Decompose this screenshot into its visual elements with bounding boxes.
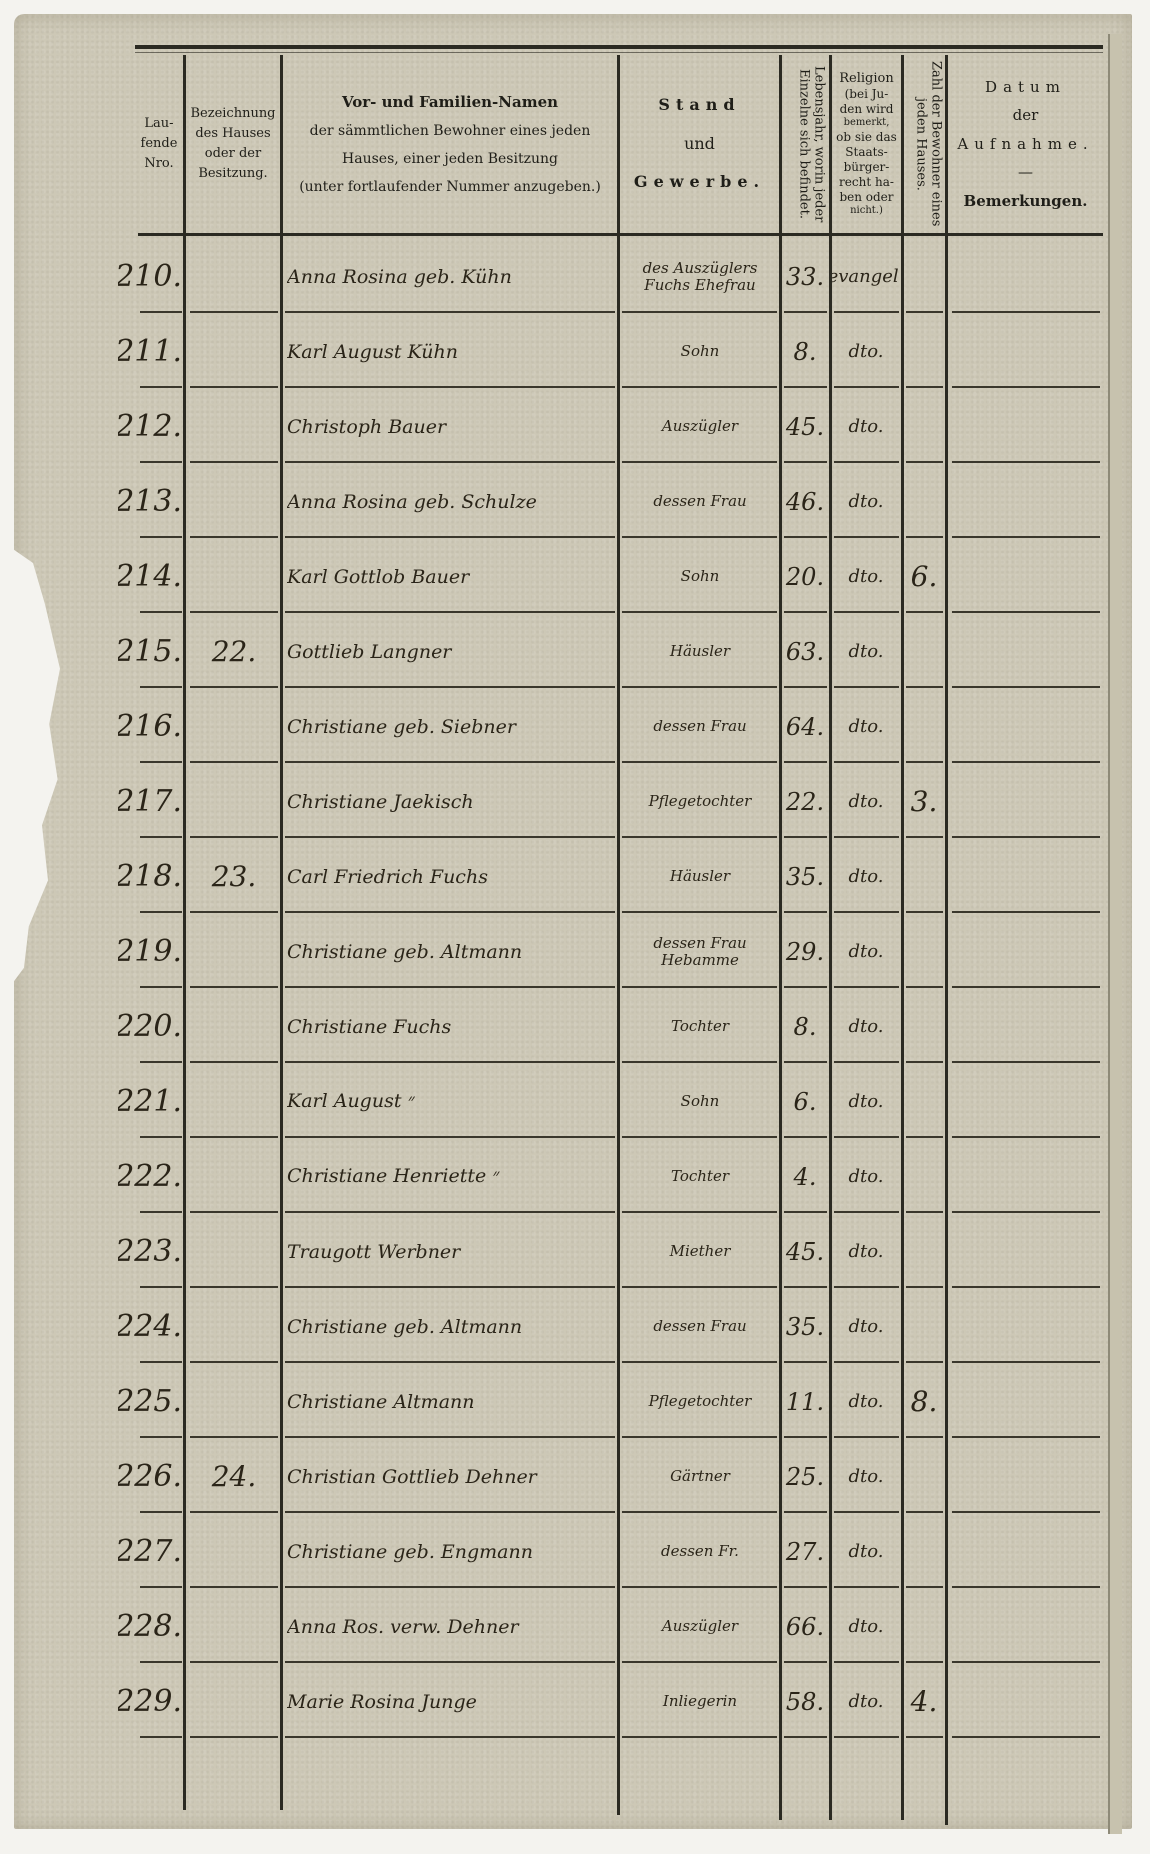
- header-title: Gewerbe.: [634, 163, 765, 201]
- header-text: Lebensjahr, worin jeder Einzelne sich be…: [786, 59, 826, 229]
- age: 25.: [782, 1445, 828, 1508]
- row-divider: [906, 1061, 943, 1063]
- header-text: fende: [141, 134, 178, 154]
- row-divider: [140, 1661, 182, 1663]
- row-divider: [952, 836, 1100, 838]
- occupation: Pflegetochter: [622, 770, 778, 833]
- occupation: dessen Frau: [622, 470, 778, 533]
- row-divider: [784, 1736, 827, 1738]
- row-divider: [834, 1436, 899, 1438]
- row-divider: [906, 1511, 943, 1513]
- row-number: 217.: [118, 770, 182, 833]
- header-text: ben oder: [836, 190, 897, 205]
- header-text: bürger-: [836, 160, 897, 175]
- household-count: [904, 920, 944, 983]
- religion: dto.: [832, 1220, 900, 1283]
- page-binding: [1108, 34, 1122, 1834]
- row-divider: [834, 1586, 899, 1588]
- age: 58.: [782, 1670, 828, 1733]
- household-count: [904, 470, 944, 533]
- row-divider: [784, 1136, 827, 1138]
- row-divider: [952, 311, 1100, 313]
- religion: dto.: [832, 1370, 900, 1433]
- row-divider: [906, 461, 943, 463]
- age: 35.: [782, 1295, 828, 1358]
- row-divider: [906, 836, 943, 838]
- row-divider: [906, 1661, 943, 1663]
- row-divider: [834, 386, 899, 388]
- row-divider: [190, 1436, 278, 1438]
- row-divider: [190, 611, 278, 613]
- row-divider: [140, 1061, 182, 1063]
- resident-name: Traugott Werbner: [287, 1220, 615, 1283]
- row-divider: [190, 1511, 278, 1513]
- row-divider: [622, 536, 777, 538]
- row-number: 225.: [118, 1370, 182, 1433]
- house-number: 24.: [190, 1445, 278, 1508]
- header-names: Vor- und Familien-Namen der sämmtlichen …: [283, 55, 617, 233]
- household-count: [904, 1445, 944, 1508]
- occupation: Häusler: [622, 845, 778, 908]
- occupation: Pflegetochter: [622, 1370, 778, 1433]
- age: 20.: [782, 545, 828, 608]
- religion: dto.: [832, 1070, 900, 1133]
- house-number: [190, 545, 278, 608]
- religion: dto.: [832, 1670, 900, 1733]
- header-date: Datum der Aufnahme. — Bemerkungen.: [948, 55, 1103, 233]
- row-divider: [285, 761, 615, 763]
- row-divider: [906, 1211, 943, 1213]
- row-divider: [285, 461, 615, 463]
- row-divider: [140, 836, 182, 838]
- row-divider: [622, 761, 777, 763]
- row-divider: [140, 536, 182, 538]
- occupation: Sohn: [622, 545, 778, 608]
- row-divider: [784, 1361, 827, 1363]
- age: 27.: [782, 1520, 828, 1583]
- occupation: Miether: [622, 1220, 778, 1283]
- row-divider: [190, 536, 278, 538]
- house-number: [190, 695, 278, 758]
- resident-name: Karl August Kühn: [287, 320, 615, 383]
- row-divider: [140, 1211, 182, 1213]
- age: 11.: [782, 1370, 828, 1433]
- row-divider: [952, 1661, 1100, 1663]
- header-text: Bezeichnung: [190, 104, 275, 124]
- resident-name: Karl August ״: [287, 1070, 615, 1133]
- row-number: 223.: [118, 1220, 182, 1283]
- row-divider: [622, 461, 777, 463]
- row-divider: [140, 686, 182, 688]
- row-divider: [952, 761, 1100, 763]
- row-divider: [834, 1661, 899, 1663]
- row-divider: [140, 986, 182, 988]
- age: 64.: [782, 695, 828, 758]
- header-text: Aufnahme.: [957, 130, 1093, 159]
- house-number: [190, 770, 278, 833]
- row-divider: [784, 386, 827, 388]
- row-divider: [784, 1586, 827, 1588]
- household-count: 6.: [904, 545, 944, 608]
- row-number: 212.: [118, 395, 182, 458]
- row-number: 224.: [118, 1295, 182, 1358]
- header-text: (unter fortlaufender Nummer anzugeben.): [299, 173, 601, 201]
- row-divider: [906, 1286, 943, 1288]
- row-divider: [952, 1136, 1100, 1138]
- row-divider: [190, 986, 278, 988]
- row-divider: [140, 1286, 182, 1288]
- house-number: [190, 1220, 278, 1283]
- house-number: [190, 1070, 278, 1133]
- row-divider: [140, 461, 182, 463]
- row-divider: [622, 386, 777, 388]
- house-number: [190, 320, 278, 383]
- row-divider: [834, 611, 899, 613]
- header-count: Zahl der Bewohner eines jeden Hauses.: [904, 55, 945, 233]
- religion: dto.: [832, 995, 900, 1058]
- row-divider: [784, 311, 827, 313]
- religion: dto.: [832, 1295, 900, 1358]
- row-divider: [952, 1211, 1100, 1213]
- row-divider: [140, 611, 182, 613]
- row-divider: [190, 761, 278, 763]
- resident-name: Gottlieb Langner: [287, 620, 615, 683]
- row-number: 210.: [118, 245, 182, 308]
- row-divider: [285, 311, 615, 313]
- household-count: [904, 320, 944, 383]
- religion: dto.: [832, 620, 900, 683]
- row-divider: [285, 1586, 615, 1588]
- header-text: des Hauses: [190, 124, 275, 144]
- house-number: [190, 995, 278, 1058]
- age: 4.: [782, 1145, 828, 1208]
- age: 8.: [782, 995, 828, 1058]
- row-divider: [285, 386, 615, 388]
- row-divider: [622, 1661, 777, 1663]
- header-text: Besitzung.: [190, 164, 275, 184]
- header-text: Religion: [836, 71, 897, 87]
- row-divider: [784, 986, 827, 988]
- row-number: 227.: [118, 1520, 182, 1583]
- religion: evangel.: [832, 245, 900, 308]
- row-divider: [784, 1436, 827, 1438]
- header-divider: —: [957, 158, 1093, 187]
- row-divider: [622, 911, 777, 913]
- occupation: Sohn: [622, 1070, 778, 1133]
- age: 29.: [782, 920, 828, 983]
- occupation: des Auszüglers Fuchs Ehefrau: [622, 245, 778, 308]
- row-divider: [285, 1361, 615, 1363]
- household-count: 8.: [904, 1370, 944, 1433]
- row-divider: [622, 836, 777, 838]
- row-divider: [622, 1361, 777, 1363]
- age: 45.: [782, 1220, 828, 1283]
- resident-name: Carl Friedrich Fuchs: [287, 845, 615, 908]
- resident-name: Christian Gottlieb Dehner: [287, 1445, 615, 1508]
- row-divider: [784, 761, 827, 763]
- header-text: recht ha-: [836, 175, 897, 190]
- row-divider: [784, 686, 827, 688]
- household-count: [904, 620, 944, 683]
- house-number: [190, 1670, 278, 1733]
- row-divider: [622, 1061, 777, 1063]
- row-divider: [285, 1511, 615, 1513]
- religion: dto.: [832, 1145, 900, 1208]
- row-divider: [952, 1736, 1100, 1738]
- house-number: [190, 1520, 278, 1583]
- occupation: Inliegerin: [622, 1670, 778, 1733]
- header-title: Vor- und Familien-Namen: [299, 87, 601, 117]
- row-divider: [140, 1586, 182, 1588]
- house-number: [190, 1145, 278, 1208]
- row-divider: [834, 1511, 899, 1513]
- row-divider: [190, 461, 278, 463]
- header-text: bemerkt,: [836, 117, 897, 130]
- row-divider: [834, 461, 899, 463]
- header-text: und: [634, 125, 765, 163]
- row-divider: [784, 1661, 827, 1663]
- row-divider: [190, 1061, 278, 1063]
- row-divider: [834, 1136, 899, 1138]
- header-text: Datum: [957, 73, 1093, 102]
- row-divider: [784, 611, 827, 613]
- row-divider: [906, 611, 943, 613]
- row-divider: [906, 986, 943, 988]
- col-rule-2: [280, 55, 283, 1810]
- occupation: Gärtner: [622, 1445, 778, 1508]
- row-divider: [190, 686, 278, 688]
- header-text: Hauses, einer jeden Besitzung: [299, 145, 601, 173]
- header-text: (bei Ju-: [836, 87, 897, 102]
- row-divider: [140, 1136, 182, 1138]
- row-number: 228.: [118, 1595, 182, 1658]
- occupation: Tochter: [622, 1145, 778, 1208]
- household-count: [904, 1220, 944, 1283]
- row-divider: [952, 911, 1100, 913]
- row-divider: [784, 461, 827, 463]
- row-divider: [140, 311, 182, 313]
- row-divider: [140, 1736, 182, 1738]
- age: 6.: [782, 1070, 828, 1133]
- household-count: [904, 695, 944, 758]
- row-divider: [834, 761, 899, 763]
- row-divider: [906, 386, 943, 388]
- header-text: ob sie das: [836, 130, 897, 145]
- row-divider: [906, 1736, 943, 1738]
- occupation: Auszügler: [622, 1595, 778, 1658]
- household-count: [904, 1595, 944, 1658]
- row-divider: [285, 1061, 615, 1063]
- age: 8.: [782, 320, 828, 383]
- row-divider: [952, 386, 1100, 388]
- header-text: den wird: [836, 102, 897, 117]
- row-divider: [784, 1286, 827, 1288]
- row-divider: [834, 1211, 899, 1213]
- row-divider: [906, 1361, 943, 1363]
- row-divider: [906, 761, 943, 763]
- row-number: 222.: [118, 1145, 182, 1208]
- house-number: 23.: [190, 845, 278, 908]
- row-divider: [622, 1586, 777, 1588]
- row-divider: [285, 1136, 615, 1138]
- top-thin-rule: [135, 52, 1103, 53]
- resident-name: Anna Rosina geb. Schulze: [287, 470, 615, 533]
- house-number: [190, 245, 278, 308]
- row-divider: [784, 836, 827, 838]
- header-text: Zahl der Bewohner eines jeden Hauses.: [907, 59, 943, 229]
- age: 33.: [782, 245, 828, 308]
- row-divider: [190, 1211, 278, 1213]
- row-divider: [622, 986, 777, 988]
- age: 45.: [782, 395, 828, 458]
- header-stand: Stand und Gewerbe.: [620, 55, 779, 233]
- row-divider: [622, 1286, 777, 1288]
- house-number: [190, 395, 278, 458]
- header-text: Nro.: [141, 154, 178, 174]
- house-number: [190, 1370, 278, 1433]
- household-count: [904, 1145, 944, 1208]
- row-divider: [285, 1661, 615, 1663]
- header-text: der sämmtlichen Bewohner eines jeden: [299, 117, 601, 145]
- col-rule-3: [617, 55, 620, 1815]
- row-divider: [190, 1136, 278, 1138]
- header-laufende-nr: Lau- fende Nro.: [135, 55, 183, 233]
- row-divider: [285, 1286, 615, 1288]
- header-title: Bemerkungen.: [957, 187, 1093, 216]
- col-rule-1: [183, 55, 186, 1810]
- row-divider: [834, 536, 899, 538]
- row-divider: [834, 836, 899, 838]
- header-religion: Religion (bei Ju- den wird bemerkt, ob s…: [832, 55, 901, 233]
- row-number: 229.: [118, 1670, 182, 1733]
- row-number: 214.: [118, 545, 182, 608]
- row-divider: [622, 686, 777, 688]
- row-divider: [834, 1286, 899, 1288]
- row-divider: [906, 911, 943, 913]
- top-thick-rule: [135, 45, 1103, 49]
- row-divider: [834, 311, 899, 313]
- header-text: Lau-: [141, 114, 178, 134]
- row-divider: [834, 911, 899, 913]
- row-divider: [834, 1061, 899, 1063]
- religion: dto.: [832, 545, 900, 608]
- row-divider: [784, 1061, 827, 1063]
- row-divider: [285, 686, 615, 688]
- row-divider: [952, 986, 1100, 988]
- header-house: Bezeichnung des Hauses oder der Besitzun…: [186, 55, 280, 233]
- row-number: 216.: [118, 695, 182, 758]
- religion: dto.: [832, 845, 900, 908]
- row-divider: [952, 1586, 1100, 1588]
- age: 35.: [782, 845, 828, 908]
- resident-name: Christiane Altmann: [287, 1370, 615, 1433]
- religion: dto.: [832, 320, 900, 383]
- age: 66.: [782, 1595, 828, 1658]
- row-number: 213.: [118, 470, 182, 533]
- row-divider: [190, 1661, 278, 1663]
- row-divider: [906, 686, 943, 688]
- religion: dto.: [832, 395, 900, 458]
- row-number: 211.: [118, 320, 182, 383]
- resident-name: Anna Rosina geb. Kühn: [287, 245, 615, 308]
- resident-name: Karl Gottlob Bauer: [287, 545, 615, 608]
- resident-name: Christiane geb. Altmann: [287, 1295, 615, 1358]
- religion: dto.: [832, 695, 900, 758]
- row-divider: [190, 1736, 278, 1738]
- row-divider: [285, 1736, 615, 1738]
- row-divider: [906, 1586, 943, 1588]
- row-number: 219.: [118, 920, 182, 983]
- row-divider: [834, 686, 899, 688]
- row-divider: [834, 1361, 899, 1363]
- occupation: Tochter: [622, 995, 778, 1058]
- row-divider: [952, 1061, 1100, 1063]
- row-divider: [190, 386, 278, 388]
- house-number: [190, 1295, 278, 1358]
- row-number: 226.: [118, 1445, 182, 1508]
- religion: dto.: [832, 470, 900, 533]
- header-text: der: [957, 101, 1093, 130]
- household-count: 3.: [904, 770, 944, 833]
- household-count: [904, 245, 944, 308]
- row-divider: [190, 311, 278, 313]
- resident-name: Christiane geb. Engmann: [287, 1520, 615, 1583]
- resident-name: Christoph Bauer: [287, 395, 615, 458]
- house-number: 22.: [190, 620, 278, 683]
- row-divider: [906, 311, 943, 313]
- row-number: 221.: [118, 1070, 182, 1133]
- row-divider: [906, 536, 943, 538]
- row-divider: [622, 1511, 777, 1513]
- row-divider: [285, 911, 615, 913]
- row-number: 215.: [118, 620, 182, 683]
- row-divider: [140, 1361, 182, 1363]
- row-divider: [952, 686, 1100, 688]
- resident-name: Marie Rosina Junge: [287, 1670, 615, 1733]
- row-number: 218.: [118, 845, 182, 908]
- age: 22.: [782, 770, 828, 833]
- row-divider: [285, 986, 615, 988]
- occupation: Häusler: [622, 620, 778, 683]
- row-divider: [140, 761, 182, 763]
- occupation: dessen Frau Hebamme: [622, 920, 778, 983]
- row-divider: [285, 1436, 615, 1438]
- resident-name: Christiane Jaekisch: [287, 770, 615, 833]
- household-count: [904, 395, 944, 458]
- household-count: 4.: [904, 1670, 944, 1733]
- resident-name: Christiane geb. Siebner: [287, 695, 615, 758]
- row-divider: [140, 911, 182, 913]
- religion: dto.: [832, 1595, 900, 1658]
- household-count: [904, 1295, 944, 1358]
- age: 46.: [782, 470, 828, 533]
- row-divider: [622, 611, 777, 613]
- row-divider: [952, 536, 1100, 538]
- row-divider: [190, 1361, 278, 1363]
- occupation: Auszügler: [622, 395, 778, 458]
- row-divider: [190, 1286, 278, 1288]
- occupation: Sohn: [622, 320, 778, 383]
- household-count: [904, 1520, 944, 1583]
- row-divider: [952, 1436, 1100, 1438]
- religion: dto.: [832, 1445, 900, 1508]
- religion: dto.: [832, 770, 900, 833]
- col-rule-7: [945, 55, 948, 1825]
- resident-name: Christiane Henriette ״: [287, 1145, 615, 1208]
- house-number: [190, 470, 278, 533]
- row-divider: [834, 1736, 899, 1738]
- row-divider: [784, 911, 827, 913]
